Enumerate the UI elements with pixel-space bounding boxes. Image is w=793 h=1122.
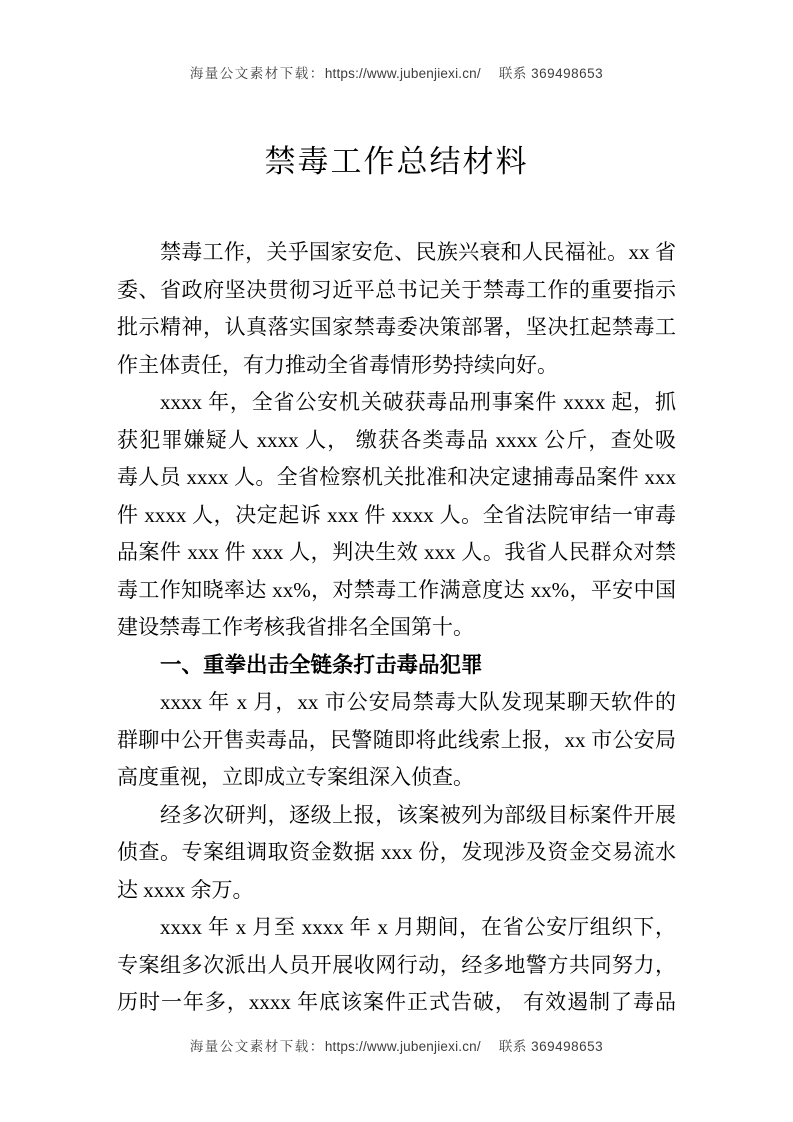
section-1-heading: 一、重拳出击全链条打击毒品犯罪	[117, 647, 676, 685]
paragraph-line: 经多次研判，逐级上报，该案被列为部级目标案件开展	[117, 797, 676, 835]
document-body: 禁毒工作，关乎国家安危、民族兴衰和人民福祉。xx 省 委、省政府坚决贯彻习近平总…	[117, 234, 676, 1022]
paragraph-line: 毒工作知晓率达 xx%，对禁毒工作满意度达 xx%，平安中国	[117, 572, 676, 610]
footer-url-text: https://www.jubenjiexi.cn/	[325, 1039, 481, 1054]
paragraph-line: 禁毒工作，关乎国家安危、民族兴衰和人民福祉。xx 省	[117, 234, 676, 272]
paragraph-line: 历时一年多，xxxx 年底该案件正式告破， 有效遏制了毒品	[117, 984, 676, 1022]
paragraph-line: 专案组多次派出人员开展收网行动，经多地警方共同努力，	[117, 947, 676, 985]
paragraph-line: 群聊中公开售卖毒品，民警随即将此线索上报，xx 市公安局	[117, 722, 676, 760]
paragraph-line: 委、省政府坚决贯彻习近平总书记关于禁毒工作的重要指示	[117, 272, 676, 310]
page-header: 海量公文素材下载：https://www.jubenjiexi.cn/联系 36…	[0, 64, 793, 84]
paragraph-line: 侦查。专案组调取资金数据 xxx 份，发现涉及资金交易流水	[117, 834, 676, 872]
paragraph-line: 建设禁毒工作考核我省排名全国第十。	[117, 609, 676, 647]
paragraph-line: 批示精神，认真落实国家禁毒委决策部署，坚决扛起禁毒工	[117, 309, 676, 347]
page-footer: 海量公文素材下载：https://www.jubenjiexi.cn/联系 36…	[0, 1037, 793, 1057]
paragraph-line: 毒人员 xxxx 人。全省检察机关批准和决定逮捕毒品案件 xxx	[117, 459, 676, 497]
footer-source-label: 海量公文素材下载：	[190, 1039, 325, 1054]
header-source-label: 海量公文素材下载：	[190, 66, 325, 81]
footer-contact-text: 联系 369498653	[499, 1039, 603, 1054]
paragraph-line: xxxx 年 x 月至 xxxx 年 x 月期间，在省公安厅组织下，	[117, 909, 676, 947]
header-contact-text: 联系 369498653	[499, 66, 603, 81]
paragraph-line: 品案件 xxx 件 xxx 人，判决生效 xxx 人。我省人民群众对禁	[117, 534, 676, 572]
paragraph-line: 作主体责任，有力推动全省毒情形势持续向好。	[117, 347, 676, 385]
paragraph-line: 高度重视，立即成立专案组深入侦查。	[117, 759, 676, 797]
document-title: 禁毒工作总结材料	[0, 136, 793, 181]
paragraph-line: 达 xxxx 余万。	[117, 872, 676, 910]
paragraph-line: xxxx 年，全省公安机关破获毒品刑事案件 xxxx 起，抓	[117, 384, 676, 422]
paragraph-line: 件 xxxx 人，决定起诉 xxx 件 xxxx 人。全省法院审结一审毒	[117, 497, 676, 535]
document-page: 海量公文素材下载：https://www.jubenjiexi.cn/联系 36…	[0, 0, 793, 1122]
header-url-text: https://www.jubenjiexi.cn/	[325, 66, 481, 81]
paragraph-line: xxxx 年 x 月，xx 市公安局禁毒大队发现某聊天软件的	[117, 684, 676, 722]
paragraph-line: 获犯罪嫌疑人 xxxx 人， 缴获各类毒品 xxxx 公斤，查处吸	[117, 422, 676, 460]
